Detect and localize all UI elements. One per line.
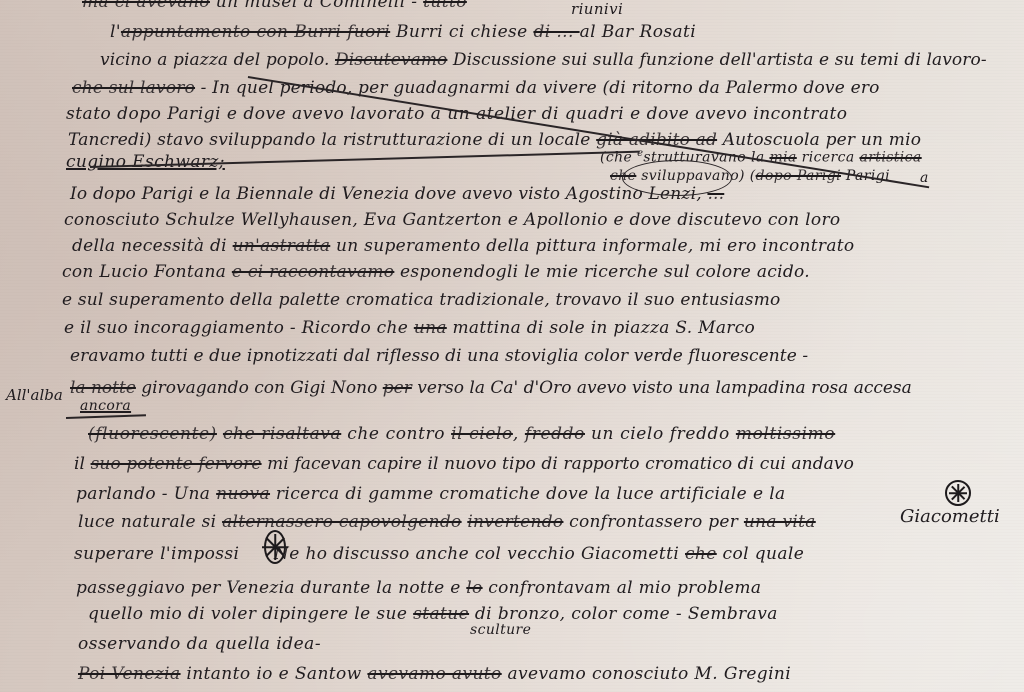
handwritten-text: stato dopo Parigi e dove avevo lavorato … <box>66 104 848 124</box>
handwritten-text: Io dopo Parigi e la Biennale di Venezia … <box>70 184 707 204</box>
handwritten-text: quello mio di voler dipingere le sue <box>88 604 413 624</box>
struck-text: statue <box>413 604 469 624</box>
manuscript-line: stato dopo Parigi e dove avevo lavorato … <box>66 104 848 124</box>
manuscript-line: ancora <box>80 398 131 414</box>
struck-text: avevamo avuto <box>367 664 501 684</box>
struck-text: suo potente fervore <box>91 454 262 474</box>
handwritten-text: Ne ho discusso anche col vecchio Giacome… <box>274 544 685 564</box>
manuscript-line: e sul superamento della palette cromatic… <box>62 290 780 310</box>
handwritten-text: eravamo tutti e due ipnotizzati dal rifl… <box>70 346 808 366</box>
manuscript-line: con Lucio Fontana e ci raccontavamo espo… <box>62 262 810 282</box>
manuscript-page: ma ci avevano un musei a Cominelli - tut… <box>0 0 1024 692</box>
struck-text: moltissimo <box>736 424 835 444</box>
margin-note-left: All'alba <box>6 386 63 404</box>
handwritten-text: con Lucio Fontana <box>62 262 232 282</box>
handwritten-text: riunivi <box>571 0 623 18</box>
struck-text: nuova <box>216 484 270 504</box>
handwritten-text: l' <box>110 22 121 42</box>
struck-text: freddo <box>525 424 585 444</box>
manuscript-line: parlando - Una nuova ricerca di gamme cr… <box>76 484 786 504</box>
manuscript-line: sculture <box>470 622 531 638</box>
handwritten-text: - In quel periodo, per guadagnarmi da vi… <box>195 78 880 98</box>
manuscript-line: la notte girovagando con Gigi Nono per v… <box>70 378 912 398</box>
handwritten-text: confrontassero per <box>563 512 743 532</box>
struck-text: la notte <box>70 378 136 398</box>
handwritten-text: ancora <box>80 398 131 414</box>
handwritten-text: confrontavam al mio problema <box>483 578 762 598</box>
underline-stroke-ancora <box>66 414 146 418</box>
margin-note-trailing-a: a <box>920 170 928 186</box>
handwritten-text: Discussione sui sulla funzione dell'arti… <box>447 50 986 70</box>
handwritten-text: Autoscuola per un mio <box>717 130 921 150</box>
manuscript-line: osservando da quella idea- <box>78 634 321 654</box>
struck-text: di ... <box>533 22 579 42</box>
circled-asterisk-icon <box>264 530 286 564</box>
handwritten-text: mi facevan capire il nuovo tipo di rappo… <box>262 454 854 474</box>
handwritten-text: sculture <box>470 622 531 638</box>
handwritten-text: un cielo freddo <box>585 424 736 444</box>
margin-note-giacometti: Giacometti <box>900 506 1000 527</box>
handwritten-text: e sul superamento della palette cromatic… <box>62 290 780 310</box>
handwritten-text: conosciuto Schulze Wellyhausen, Eva Gant… <box>64 210 840 230</box>
struck-text: già adibito ad <box>596 130 717 150</box>
manuscript-line: Poi Venezia intanto io e Santow avevamo … <box>78 664 791 684</box>
handwritten-text: vicino a piazza del popolo. <box>100 50 335 70</box>
struck-text: una vita <box>744 512 816 532</box>
handwritten-text: verso la Ca' d'Oro avevo visto una lampa… <box>412 378 912 398</box>
struck-text: che risaltava <box>223 424 341 444</box>
manuscript-line: luce naturale si alternassero capovolgen… <box>78 512 816 532</box>
handwritten-text: di bronzo, color come - Sembrava <box>469 604 778 624</box>
manuscript-line: Io dopo Parigi e la Biennale di Venezia … <box>70 184 724 204</box>
manuscript-line: ma ci avevano un musei a Cominelli - tut… <box>82 0 467 12</box>
handwritten-text: un musei a Cominelli - <box>210 0 423 12</box>
handwritten-text: Burri ci chiese <box>390 22 533 42</box>
manuscript-line: conosciuto Schulze Wellyhausen, Eva Gant… <box>64 210 840 230</box>
handwritten-text: e il suo incoraggiamento - Ricordo che <box>64 318 414 338</box>
struck-text: che sul lavoro <box>72 78 195 98</box>
handwritten-text: intanto io e Santow <box>181 664 368 684</box>
struck-text: appuntamento con Burri fuori <box>121 22 390 42</box>
struck-text: invertendo <box>467 512 563 532</box>
handwritten-text: superare l'impossi <box>74 544 239 564</box>
manuscript-line: passeggiavo per Venezia durante la notte… <box>76 578 761 598</box>
struck-text: un'astratta <box>233 236 331 256</box>
manuscript-line: superare l'impossi [*] Ne ho discusso an… <box>74 544 804 564</box>
manuscript-line: che sul lavoro - In quel periodo, per gu… <box>72 78 880 98</box>
handwritten-text: parlando - Una <box>76 484 216 504</box>
manuscript-line: Tancredi) stavo sviluppando la ristruttu… <box>68 130 921 150</box>
handwritten-text: esponendogli le mie ricerche sul colore … <box>394 262 810 282</box>
struck-text: per <box>383 378 412 398</box>
handwritten-text: ricerca di gamme cromatiche dove la luce… <box>270 484 786 504</box>
handwritten-text: avevamo conosciuto M. Gregini <box>502 664 791 684</box>
manuscript-line: (fluorescente) che risaltava che contro … <box>88 424 835 444</box>
struck-text: artistica <box>859 150 921 166</box>
manuscript-line: riunivi <box>571 0 623 18</box>
struck-text: e ci raccontavamo <box>232 262 394 282</box>
circled-annotation <box>622 160 732 196</box>
wheel-asterisk-icon <box>945 480 971 506</box>
handwritten-text: mattina di sole in piazza S. Marco <box>447 318 755 338</box>
handwritten-text: luce naturale si <box>78 512 222 532</box>
struck-text: Discutevamo <box>335 50 447 70</box>
manuscript-line: eravamo tutti e due ipnotizzati dal rifl… <box>70 346 808 366</box>
manuscript-line: il suo potente fervore mi facevan capire… <box>74 454 854 474</box>
manuscript-line: della necessità di un'astratta un supera… <box>72 236 854 256</box>
handwritten-text: al Bar Rosati <box>580 22 697 42</box>
handwritten-text: girovagando con Gigi Nono <box>136 378 383 398</box>
struck-text: il cielo <box>451 424 513 444</box>
handwritten-text: ricerca <box>797 150 860 166</box>
handwritten-text: , <box>513 424 525 444</box>
manuscript-line: quello mio di voler dipingere le sue sta… <box>88 604 778 624</box>
handwritten-text: il <box>74 454 91 474</box>
manuscript-line: e il suo incoraggiamento - Ricordo che u… <box>64 318 755 338</box>
manuscript-line: vicino a piazza del popolo. Discutevamo … <box>100 50 987 70</box>
handwritten-text: osservando da quella idea- <box>78 634 321 654</box>
struck-text: alternassero capovolgendo <box>222 512 462 532</box>
struck-text: che <box>685 544 717 564</box>
handwritten-text: un superamento della pittura informale, … <box>330 236 854 256</box>
handwritten-text: Tancredi) stavo sviluppando la ristruttu… <box>68 130 596 150</box>
handwritten-text: col quale <box>717 544 804 564</box>
manuscript-line: l'appuntamento con Burri fuori Burri ci … <box>110 22 696 42</box>
struck-text: una <box>414 318 447 338</box>
handwritten-text: passeggiavo per Venezia durante la notte… <box>76 578 466 598</box>
handwritten-text: che contro <box>341 424 451 444</box>
struck-text: lo <box>466 578 482 598</box>
struck-text: (fluorescente) <box>88 424 217 444</box>
struck-text: ma ci avevano <box>82 0 210 12</box>
handwritten-text: della necessità di <box>72 236 233 256</box>
struck-text: Poi Venezia <box>78 664 181 684</box>
struck-text: tutto <box>423 0 467 12</box>
